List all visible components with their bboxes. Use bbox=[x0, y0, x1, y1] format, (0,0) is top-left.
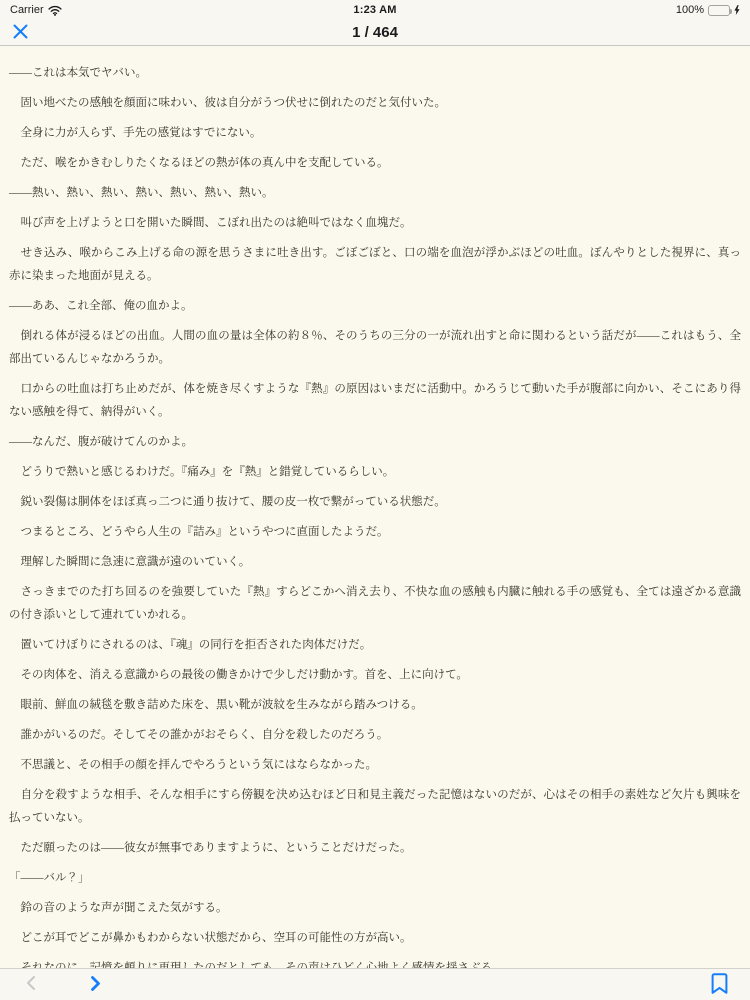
bookmark-icon bbox=[711, 973, 728, 997]
chevron-forward-icon bbox=[90, 975, 101, 995]
battery-icon bbox=[708, 5, 730, 16]
paragraph: それなのに、記憶を頼りに再現したのだとしても、その声はひどく心地よく感情を揺さぶ… bbox=[9, 957, 741, 968]
status-right: 100% bbox=[620, 4, 740, 16]
paragraph: ただ、喉をかきむしりたくなるほどの熱が体の真ん中を支配している。 bbox=[9, 152, 741, 175]
paragraph: さっきまでのた打ち回るのを強要していた『熱』すらどこかへ消え去り、不快な血の感触… bbox=[9, 581, 741, 627]
paragraph: ――熱い、熱い、熱い、熱い、熱い、熱い、熱い。 bbox=[9, 182, 741, 205]
paragraph: 叫び声を上げようと口を開いた瞬間、こぼれ出たのは絶叫ではなく血塊だ。 bbox=[9, 212, 741, 235]
reader-content[interactable]: ――これは本気でヤバい。 固い地べたの感触を顔面に味わい、彼は自分がうつ伏せに倒… bbox=[0, 46, 750, 968]
paragraph: どこが耳でどこが鼻かもわからない状態だから、空耳の可能性の方が高い。 bbox=[9, 927, 741, 950]
paragraph: せき込み、喉からこみ上げる命の源を思うさまに吐き出す。ごぼごぼと、口の端を血泡が… bbox=[9, 242, 741, 288]
footer-bar bbox=[0, 968, 750, 1000]
paragraph: 誰かがいるのだ。そしてその誰かがおそらく、自分を殺したのだろう。 bbox=[9, 724, 741, 747]
chevron-back-icon bbox=[26, 975, 36, 994]
paragraph: 鋭い裂傷は胴体をほぼ真っ二つに通り抜けて、腰の皮一枚で繋がっている状態だ。 bbox=[9, 491, 741, 514]
carrier-label: Carrier bbox=[10, 4, 44, 16]
paragraph: 眼前、鮮血の絨毯を敷き詰めた床を、黒い靴が波紋を生みながら踏みつける。 bbox=[9, 694, 741, 717]
paragraph: 自分を殺すような相手、そんな相手にすら傍観を決め込むほど日和見主義だった記憶はな… bbox=[9, 784, 741, 830]
page-indicator: 1 / 464 bbox=[0, 24, 750, 41]
wifi-icon bbox=[48, 5, 62, 16]
battery-percent-label: 100% bbox=[676, 4, 704, 16]
battery-tip bbox=[730, 9, 733, 14]
status-bar: Carrier 1:23 AM 100% bbox=[0, 0, 750, 20]
status-left: Carrier bbox=[10, 4, 130, 16]
paragraph: ――ああ、これ全部、俺の血かよ。 bbox=[9, 295, 741, 318]
paragraph: 口からの吐血は打ち止めだが、体を焼き尽くすような『熱』の原因はいまだに活動中。か… bbox=[9, 378, 741, 424]
paragraph: その肉体を、消える意識からの最後の働きかけで少しだけ動かす。首を、上に向けて。 bbox=[9, 664, 741, 687]
next-page-button[interactable] bbox=[82, 972, 108, 998]
bookmark-button[interactable] bbox=[706, 972, 732, 998]
paragraph: 固い地べたの感触を顔面に味わい、彼は自分がうつ伏せに倒れたのだと気付いた。 bbox=[9, 92, 741, 115]
close-button[interactable] bbox=[12, 20, 29, 45]
paragraph: 置いてけぼりにされるのは、『魂』の同行を拒否された肉体だけだ。 bbox=[9, 634, 741, 657]
paragraph: 倒れる体が浸るほどの出血。人間の血の量は全体の約８％、そのうちの三分の一が流れ出… bbox=[9, 325, 741, 371]
paragraph: どうりで熱いと感じるわけだ。『痛み』を『熱』と錯覚しているらしい。 bbox=[9, 461, 741, 484]
paragraph: 全身に力が入らず、手先の感覚はすでにない。 bbox=[9, 122, 741, 145]
paragraph: 理解した瞬間に急速に意識が遠のいていく。 bbox=[9, 551, 741, 574]
paragraph: ――なんだ、腹が破けてんのかよ。 bbox=[9, 431, 741, 454]
status-time: 1:23 AM bbox=[353, 4, 396, 16]
paragraph: 鈴の音のような声が聞こえた気がする。 bbox=[9, 897, 741, 920]
charging-bolt-icon bbox=[734, 5, 740, 15]
previous-page-button[interactable] bbox=[18, 972, 44, 998]
paragraph: 不思議と、その相手の顔を拝んでやろうという気にはならなかった。 bbox=[9, 754, 741, 777]
paragraph: 「――バル？」 bbox=[9, 867, 741, 890]
nav-bar: 1 / 464 bbox=[0, 20, 750, 46]
paragraph: つまるところ、どうやら人生の『詰み』というやつに直面したようだ。 bbox=[9, 521, 741, 544]
paragraph: ただ願ったのは――彼女が無事でありますように、ということだけだった。 bbox=[9, 837, 741, 860]
close-icon bbox=[12, 23, 29, 43]
paragraph: ――これは本気でヤバい。 bbox=[9, 62, 741, 85]
